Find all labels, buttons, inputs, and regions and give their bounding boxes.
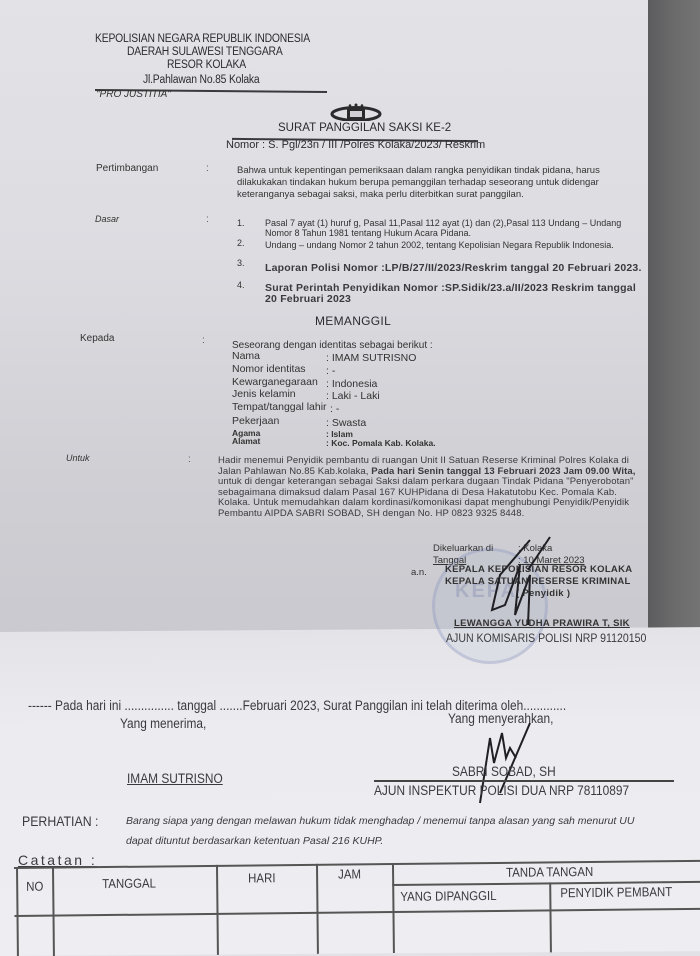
table-header-bottom-border: [15, 908, 700, 917]
table-col-divider-4: [392, 863, 394, 953]
untuk-label: Untuk: [66, 453, 90, 463]
kepada-colon: :: [202, 335, 205, 346]
dasar-item-4: Surat Perintah Penyidikan Nomor :SP.Sidi…: [265, 283, 650, 305]
kepada-label: Kepada: [80, 333, 114, 344]
document-number: Nomor : S. Pgl/23n / III /Polres Kolaka/…: [226, 139, 485, 151]
giver-name: SABRI SOBAD, SH: [452, 764, 556, 779]
field-label-nomor-identitas: Nomor identitas: [232, 363, 306, 375]
field-label-jenis-kelamin: Jenis kelamin: [232, 388, 296, 400]
perhatian-text-2: dapat dituntut berdasarkan ketentuan Pas…: [126, 835, 383, 847]
table-left-border: [16, 867, 18, 956]
field-value-nomor-identitas: : -: [326, 365, 335, 377]
table-col-divider-2: [216, 865, 218, 955]
untuk-text-schedule: Pada hari Senin tanggal 13 Februari 2023…: [371, 466, 635, 477]
dasar-item-1: Pasal 7 ayat (1) huruf g, Pasal 11,Pasal…: [265, 218, 645, 238]
header-address: Jl.Pahlawan No.85 Kolaka: [143, 74, 260, 86]
perhatian-label: PERHATIAN :: [22, 813, 98, 829]
untuk-colon: :: [188, 454, 191, 465]
field-label-tempat-tanggal-lahir: Tempat/tanggal lahir: [232, 401, 327, 413]
table-col-divider-1: [52, 867, 54, 956]
dasar-num-3: 3.: [237, 258, 245, 268]
pro-justitia: "PRO JUSTITIA": [96, 89, 171, 100]
dasar-num-2: 2.: [237, 238, 245, 248]
field-value-tempat-tanggal-lahir: : -: [330, 403, 339, 415]
table-col-divider-5: [549, 882, 551, 952]
giver-signature-line: [374, 780, 674, 782]
header-line-1: KEPOLISIAN NEGARA REPUBLIK INDONESIA: [95, 33, 310, 45]
dasar-item-3: Laporan Polisi Nomor :LP/B/27/II/2023/Re…: [265, 263, 645, 274]
background-surface: [648, 0, 700, 640]
giver-rank: AJUN INSPEKTUR POLISI DUA NRP 78110897: [374, 783, 629, 798]
kepada-intro: Seseorang dengan identitas sebagai berik…: [232, 340, 433, 351]
document-title: SURAT PANGGILAN SAKSI KE-2: [278, 122, 451, 134]
dasar-num-1: 1.: [237, 218, 245, 228]
column-header-yang-dipanggil: YANG DIPANGGIL: [400, 888, 496, 904]
receiver-name: IMAM SUTRISNO: [127, 771, 223, 786]
field-label-kewarganegaraan: Kewarganegaraan: [232, 376, 318, 388]
untuk-text: Hadir menemui Penyidik pembantu di ruang…: [218, 456, 650, 520]
header-line-3: RESOR KOLAKA: [167, 59, 246, 71]
receiver-label: Yang menerima,: [120, 716, 206, 731]
field-label-nama: Nama: [232, 350, 260, 362]
field-value-pekerjaan: : Swasta: [326, 417, 366, 429]
dasar-item-2: Undang – undang Nomor 2 tahun 2002, tent…: [265, 240, 645, 250]
untuk-text-part-3: untuk di dengar keterangan sebagai Saksi…: [218, 476, 634, 519]
signer-rank: AJUN KOMISARIS POLISI NRP 91120150: [446, 631, 646, 645]
pertimbangan-colon: :: [206, 163, 209, 174]
column-header-tanggal: TANGGAL: [102, 876, 156, 892]
field-label-alamat: Alamat: [232, 436, 260, 446]
an-label: a.n.: [411, 567, 427, 578]
signer-name: LEWANGGA YUDHA PRAWIRA T, SIK: [454, 618, 630, 629]
column-header-jam: JAM: [338, 866, 361, 881]
column-header-penyidik-pembantu: PENYIDIK PEMBANT: [560, 884, 672, 900]
column-header-hari: HARI: [248, 870, 275, 885]
police-emblem-icon: [330, 103, 382, 121]
dasar-label: Dasar: [95, 214, 119, 224]
column-header-tanda-tangan: TANDA TANGAN: [506, 864, 593, 880]
pertimbangan-label: Pertimbangan: [96, 163, 158, 174]
memanggil-heading: MEMANGGIL: [315, 314, 391, 328]
field-value-alamat: : Koc. Pomala Kab. Kolaka.: [326, 438, 436, 448]
perhatian-text-1: Barang siapa yang dengan melawan hukum t…: [126, 815, 634, 827]
dasar-colon: :: [206, 214, 209, 225]
field-value-jenis-kelamin: : Laki - Laki: [326, 390, 380, 402]
pertimbangan-text: Bahwa untuk kepentingan pemeriksaan dala…: [237, 165, 637, 201]
catatan-table: NO TANGGAL HARI JAM TANDA TANGAN YANG DI…: [14, 860, 700, 956]
field-label-pekerjaan: Pekerjaan: [232, 415, 279, 427]
field-value-kewarganegaraan: : Indonesia: [326, 378, 377, 390]
dasar-num-4: 4.: [237, 280, 245, 290]
column-header-no: NO: [26, 879, 43, 894]
table-col-divider-3: [316, 864, 318, 954]
field-value-nama: : IMAM SUTRISNO: [326, 352, 416, 364]
header-line-2: DAERAH SULAWESI TENGGARA: [127, 46, 283, 58]
